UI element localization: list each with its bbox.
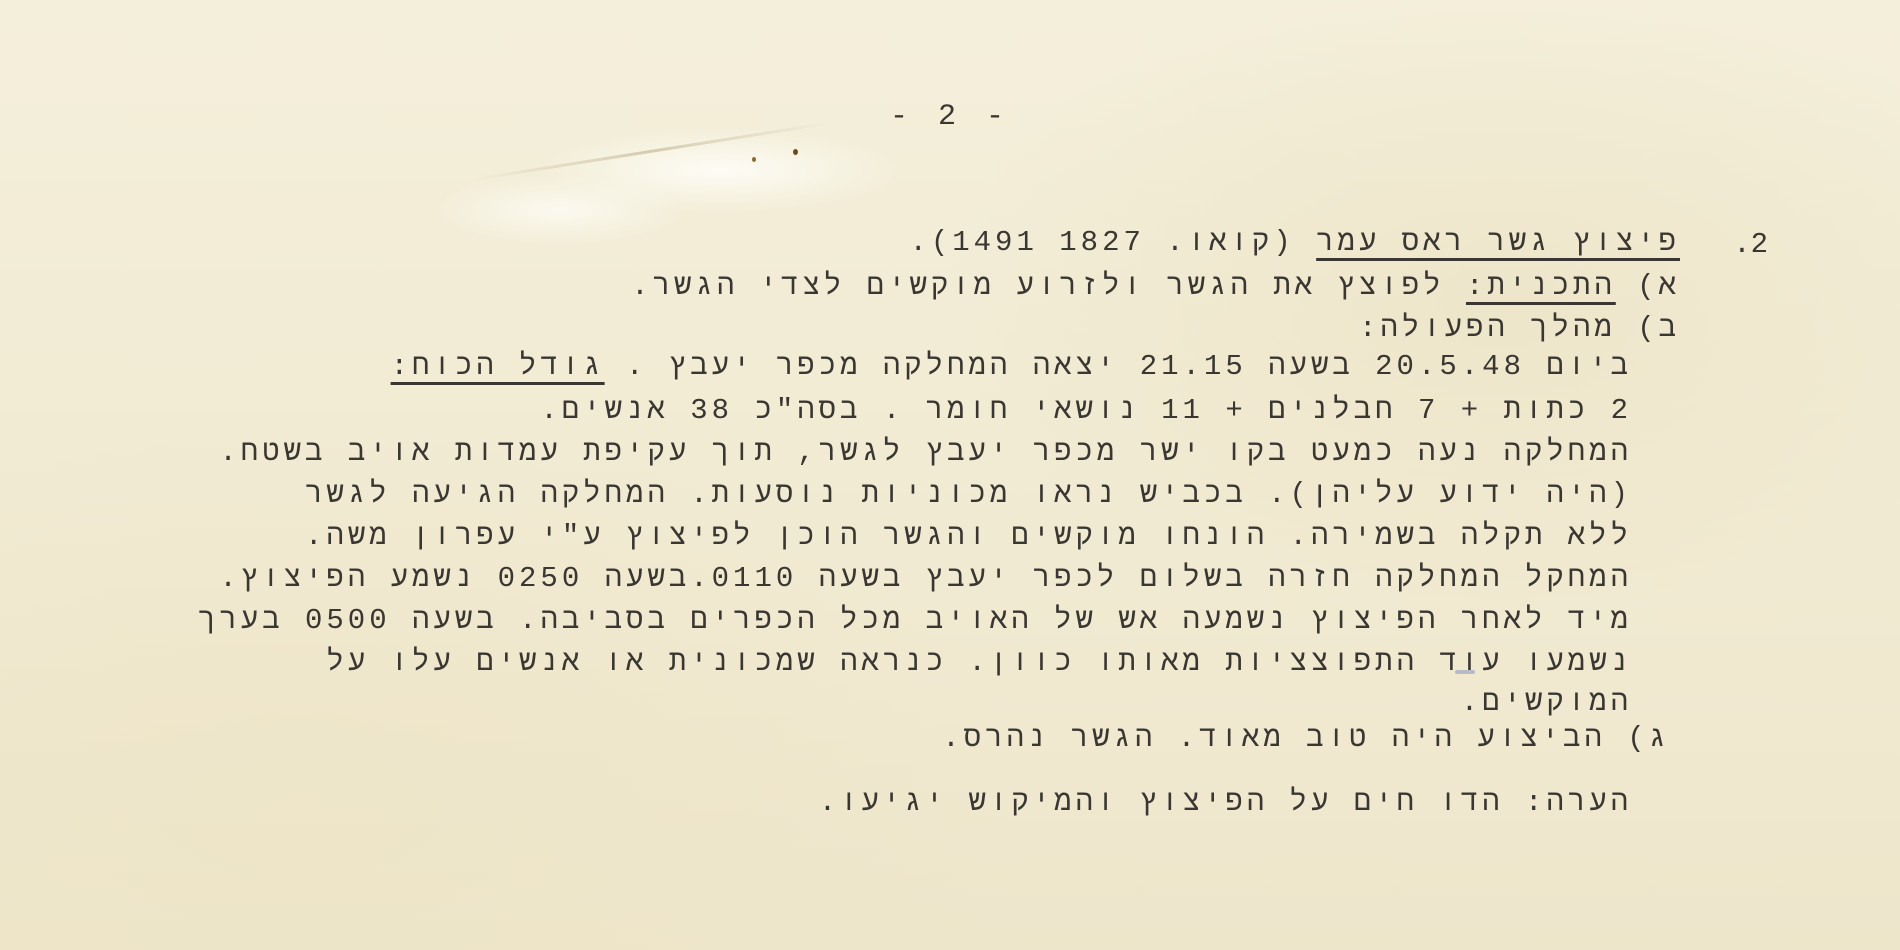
body-line-6: המחקל המחלקה חזרה בשלום לכפר יעבץ בשעה 0…: [219, 564, 1632, 593]
force-size-heading: גודל הכוח:: [391, 350, 605, 383]
body-line-8: נשמעו עוד התפוצציות מאותו כוון. כנראה שמ…: [326, 648, 1632, 677]
body-line-3: המחלקה נעה כמעט בקו ישר מכפר יעבץ לגשר, …: [219, 438, 1632, 467]
page-number: - 2 -: [0, 100, 1900, 134]
body-line-1: ביום 20.5.48 בשעה 21.15 יצאה המחלקה מכפר…: [391, 352, 1632, 381]
body-line-9: המוקשים.: [1461, 688, 1632, 717]
plan-heading: התכנית:: [1466, 270, 1616, 303]
section-title-line: פיצוץ גשר ראס עמר (קואו. 1827 1491).: [909, 228, 1680, 257]
plan-label: א): [1616, 270, 1680, 303]
note-line: הערה: הדו חים על הפיצוץ והמיקוש יגיעו.: [819, 788, 1632, 817]
paper-hole: [752, 157, 756, 162]
body-line-2: 2 כתות + 7 חבלנים + 11 נושאי חומר . בסה"…: [540, 396, 1632, 425]
course-heading: ב) מהלך הפעולה:: [1359, 314, 1680, 343]
body-text: ביום 20.5.48 בשעה 21.15 יצאה המחלקה מכפר…: [605, 350, 1632, 383]
body-line-7: מיד לאחר הפיצוץ נשמעה אש של האויב מכל הכ…: [198, 606, 1632, 635]
body-line-4: (היה ידוע עליהן). בכביש נראו מכוניות נוס…: [305, 480, 1632, 509]
plan-line: א) התכנית: לפוצץ את הגשר ולזרוע מוקשים ל…: [631, 272, 1680, 301]
plan-text: לפוצץ את הגשר ולזרוע מוקשים לצדי הגשר.: [631, 270, 1466, 303]
section-title: פיצוץ גשר ראס עמר: [1316, 226, 1680, 259]
section-coordinates: (קואו. 1827 1491).: [909, 226, 1294, 259]
paper-hole: [793, 149, 798, 155]
body-line-5: ללא תקלה בשמירה. הונחו מוקשים והגשר הוכן…: [305, 522, 1632, 551]
result-line: ג) הביצוע היה טוב מאוד. הגשר נהרס.: [942, 724, 1670, 753]
section-number: 2.: [1733, 228, 1768, 261]
